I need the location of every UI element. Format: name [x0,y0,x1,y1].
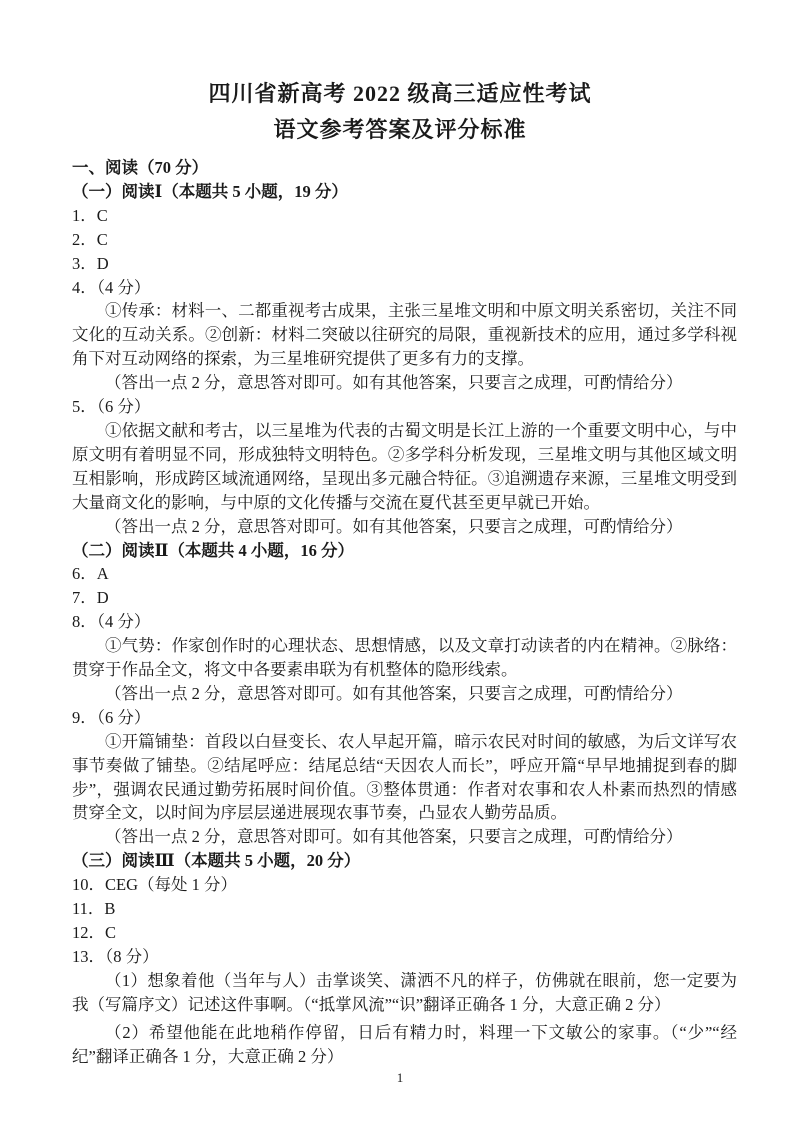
scoring-note: （答出一点 2 分，意思答对即可。如有其他答案，只要言之成理，可酌情给分） [72,682,737,706]
answer-paragraph: ①依据文献和考古，以三星堆为代表的古蜀文明是长江上游的一个重要文明中心，与中原文… [72,419,737,515]
answer-body: 一、阅读（70 分）（一）阅读Ⅰ（本题共 5 小题，19 分）1．C2．C3．D… [0,156,800,1068]
answer-item: 1．C [72,204,737,228]
answer-item: 8．（4 分） [72,610,737,634]
answer-item: 2．C [72,228,737,252]
answer-item: 4．（4 分） [72,276,737,300]
doc-title: 四川省新高考 2022 级高三适应性考试 [0,0,800,110]
answer-item: 13．（8 分） [72,945,737,969]
answer-item: 9．（6 分） [72,706,737,730]
section-heading: （一）阅读Ⅰ（本题共 5 小题，19 分） [72,180,737,204]
section-heading: （三）阅读Ⅲ（本题共 5 小题，20 分） [72,849,737,873]
scoring-note: （答出一点 2 分，意思答对即可。如有其他答案，只要言之成理，可酌情给分） [72,515,737,539]
answer-paragraph: （2）希望他能在此地稍作停留，日后有精力时，料理一下文敏公的家事。（“少”“经纪… [72,1021,737,1069]
scoring-note: （答出一点 2 分，意思答对即可。如有其他答案，只要言之成理，可酌情给分） [72,371,737,395]
section-heading: 一、阅读（70 分） [72,156,737,180]
answer-item: 7．D [72,586,737,610]
answer-paragraph: ①传承：材料一、二都重视考古成果，主张三星堆文明和中原文明关系密切，关注不同文化… [72,299,737,371]
answer-item: 12．C [72,921,737,945]
answer-item: 6．A [72,562,737,586]
answer-item: 3．D [72,252,737,276]
doc-subtitle: 语文参考答案及评分标准 [0,114,800,146]
section-heading: （二）阅读Ⅱ（本题共 4 小题，16 分） [72,539,737,563]
answer-item: 11．B [72,897,737,921]
page-number: 1 [0,1070,800,1086]
answer-paragraph: ①气势：作家创作时的心理状态、思想情感，以及文章打动读者的内在精神。②脉络：贯穿… [72,634,737,682]
answer-item: 5．（6 分） [72,395,737,419]
answer-item: 10．CEG（每处 1 分） [72,873,737,897]
document-page: 四川省新高考 2022 级高三适应性考试 语文参考答案及评分标准 一、阅读（70… [0,0,800,1131]
answer-paragraph: ①开篇铺垫：首段以白昼变长、农人早起开篇，暗示农民对时间的敏感，为后文详写农事节… [72,730,737,826]
answer-paragraph: （1）想象着他（当年与人）击掌谈笑、潇洒不凡的样子，仿佛就在眼前，您一定要为我（… [72,969,737,1017]
scoring-note: （答出一点 2 分，意思答对即可。如有其他答案，只要言之成理，可酌情给分） [72,825,737,849]
